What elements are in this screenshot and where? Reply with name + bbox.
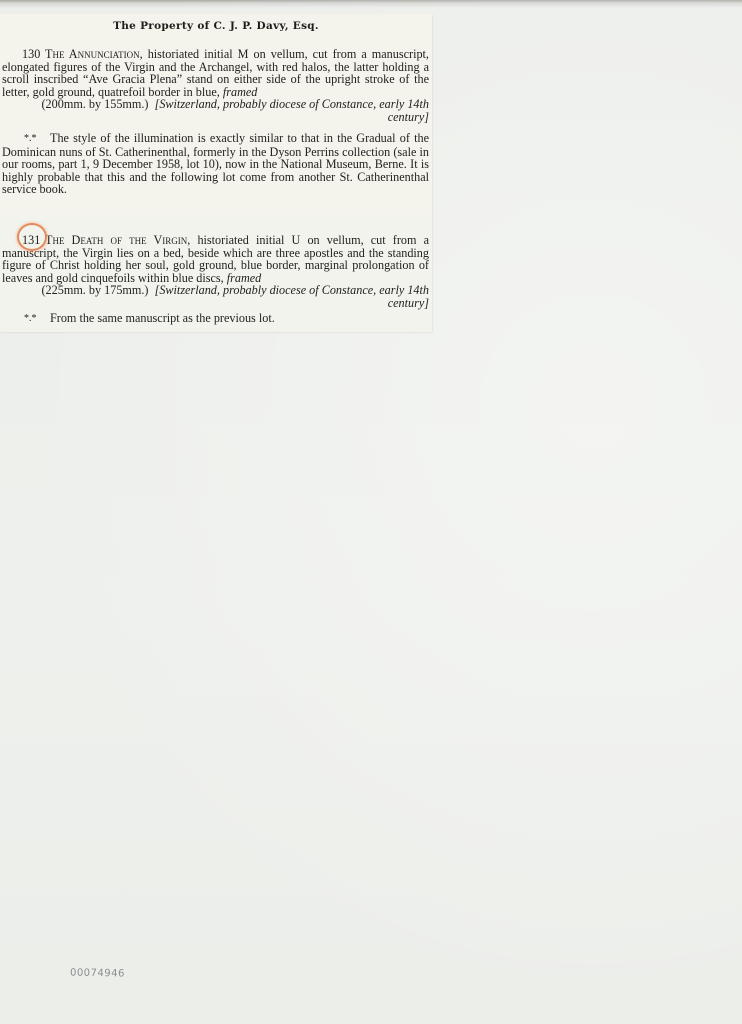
lot-dimensions-line: (225mm. by 175mm.) [Switzerland, probabl… [2, 284, 429, 309]
lot-130: 130The Annunciation, historiated initial… [2, 48, 429, 124]
lot-130-note: *.*The style of the illumination is exac… [2, 132, 429, 196]
lot-131: 131The Death of the Virgin, historiated … [2, 234, 429, 310]
note-text: From the same manuscript as the previous… [50, 311, 275, 325]
lot-dimensions: (225mm. by 175mm.) [42, 283, 149, 297]
lot-provenance: [Switzerland, probably diocese of Consta… [155, 283, 429, 310]
catalogue-clipping: The Property of C. J. P. Davy, Esq. 130T… [0, 14, 432, 332]
handwritten-reference-number: 00074946 [70, 968, 125, 980]
lot-131-note: *.*From the same manuscript as the previ… [2, 312, 429, 326]
lot-dimensions: (200mm. by 155mm.) [42, 97, 149, 111]
lot-dimensions-line: (200mm. by 155mm.) [Switzerland, probabl… [2, 98, 429, 123]
note-text: The style of the illumination is exactly… [2, 131, 429, 196]
running-head: The Property of C. J. P. Davy, Esq. [0, 20, 432, 32]
asterism-icon: *.* [24, 313, 50, 326]
lot-provenance: [Switzerland, probably diocese of Consta… [155, 97, 429, 124]
handdrawn-circle-mark [17, 223, 47, 251]
